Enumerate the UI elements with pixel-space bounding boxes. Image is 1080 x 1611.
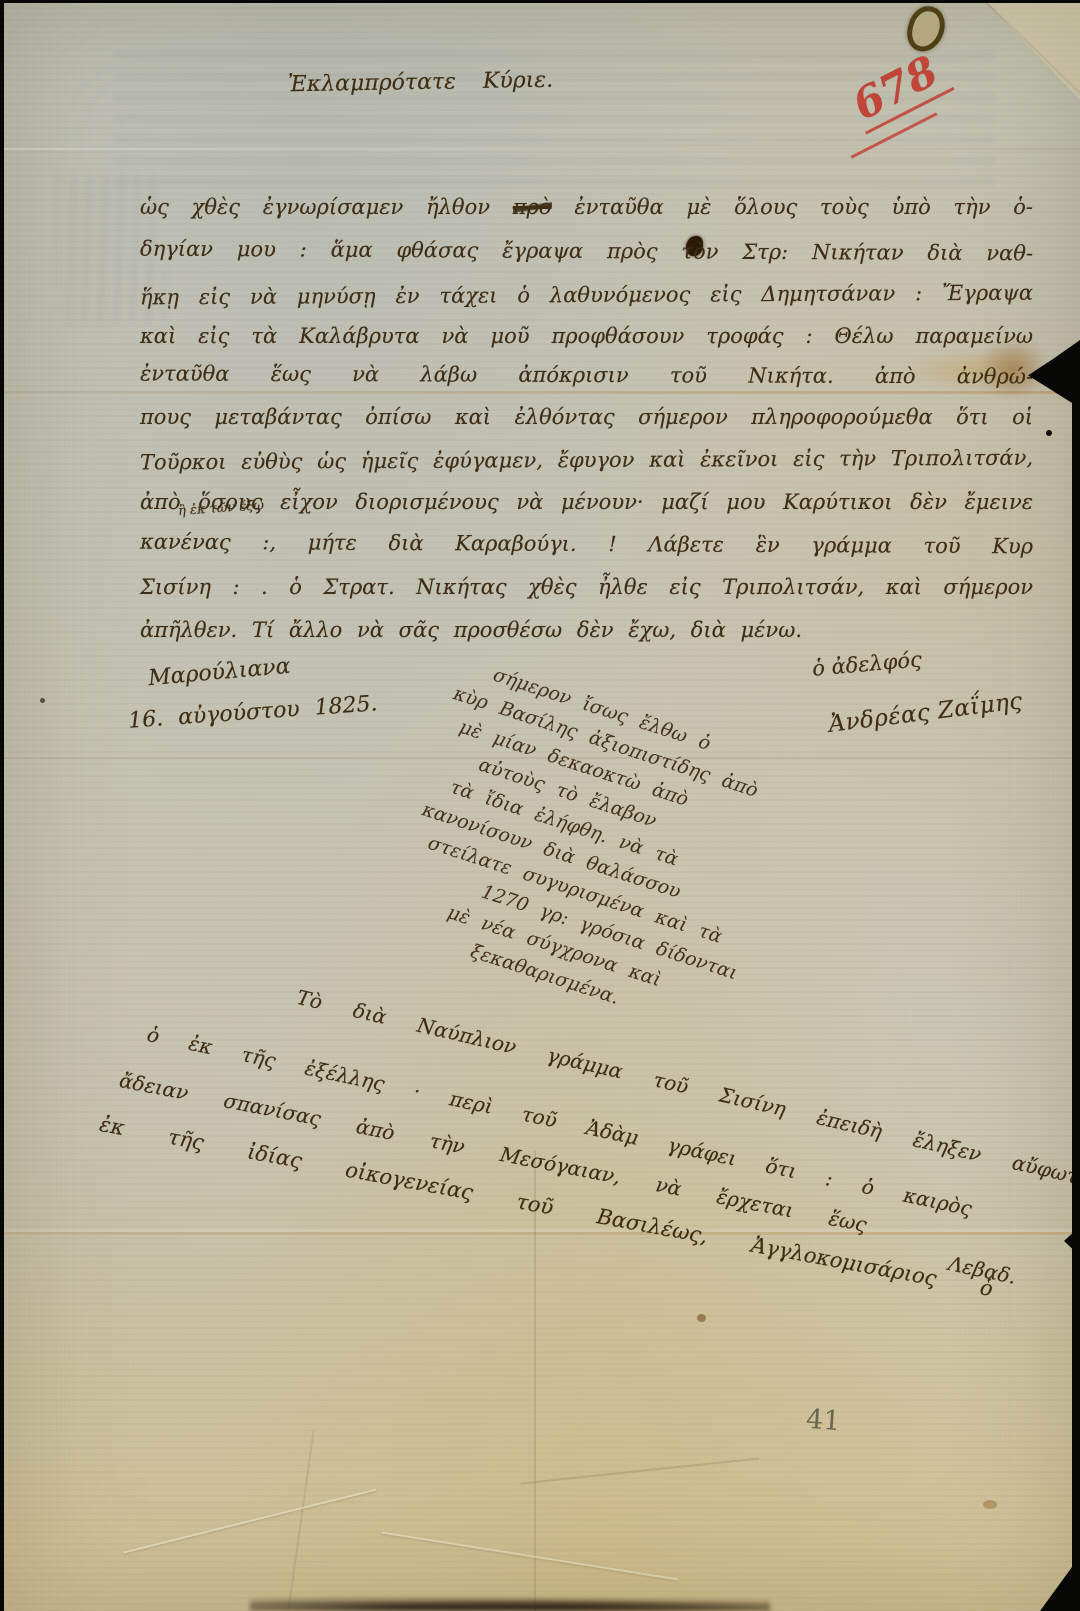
body-line: ὡς χθὲς ἐγνωρίσαμεν ἤλθον πρὸ ἐνταῦθα μὲ… xyxy=(140,192,1033,222)
body-line1-post: ἐνταῦθα μὲ ὅλους τοὺς ὑπὸ τὴν ὁ- xyxy=(574,195,1033,219)
body-line: Τοῦρκοι εὐθὺς ὡς ἡμεῖς ἐφύγαμεν, ἔφυγον … xyxy=(140,443,1033,478)
body-line: ἀπὸ ὅσους εἶχον διορισμένους νὰ μένουν· … xyxy=(140,487,1033,517)
scan-edge-left xyxy=(0,0,4,1611)
letter-greeting: Ἐκλαμπρότατε Κύριε. xyxy=(288,68,553,98)
body-line: πους μεταβάντας ὀπίσω καὶ ἐλθόντας σήμερ… xyxy=(140,402,1033,432)
body-line: ἀπῆλθεν. Τί ἄλλο νὰ σᾶς προσθέσω δὲν ἔχω… xyxy=(140,615,802,645)
body-line: ἥκῃ εἰς νὰ μηνύσῃ ἐν τάχει ὁ λαθυνόμενος… xyxy=(140,278,1033,313)
body-line: κανένας :, μήτε διὰ Καραβούγι. ! Λάβετε … xyxy=(140,527,1033,562)
page-number-pencil: 41 xyxy=(805,1404,841,1437)
body-line: δηγίαν μου : ἅμα φθάσας ἔγραψα πρὸς τὸν … xyxy=(140,234,1033,269)
body-line: καὶ εἰς τὰ Καλάβρυτα νὰ μοῦ προφθάσουν τ… xyxy=(140,321,1033,351)
struck-out-word: πρὸ xyxy=(513,195,552,219)
scan-edge-right xyxy=(1072,398,1080,1611)
scanned-letter-page: Ἐκλαμπρότατε Κύριε. 678 ὡς χθὲς ἐγνωρίσα… xyxy=(0,0,1080,1611)
scan-edge-top xyxy=(0,0,1080,3)
body-line1-pre: ὡς χθὲς ἐγνωρίσαμεν ἤλθον xyxy=(140,195,490,219)
body-line: Σισίνη : . ὁ Στρατ. Νικήτας χθὲς ἦλθε εἰ… xyxy=(140,572,1033,602)
body-line: ἐνταῦθα ἕως νὰ λάβω ἀπόκρισιν τοῦ Νικήτα… xyxy=(140,358,1033,391)
